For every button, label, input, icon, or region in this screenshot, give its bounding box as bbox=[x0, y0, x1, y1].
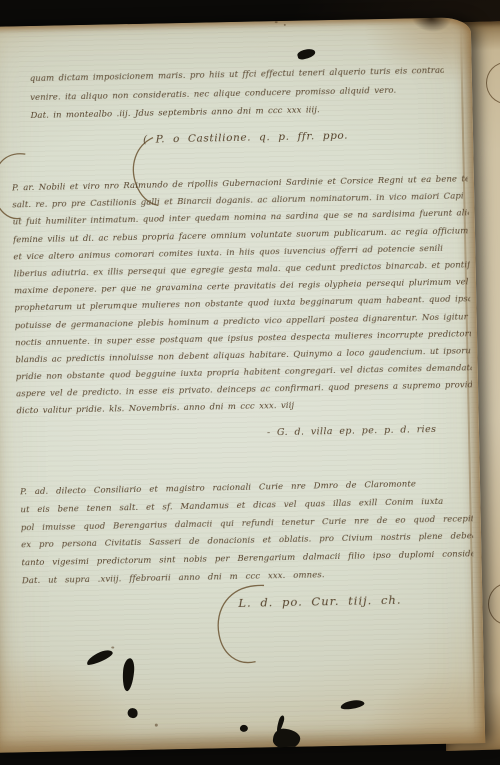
tailed-blot-icon bbox=[272, 727, 301, 750]
letter-2-text: P. ar. Nobili et viro nro Raimundo de ri… bbox=[12, 171, 473, 421]
ink-speck bbox=[275, 21, 278, 23]
letter-3-text: P. ad. dilecto Consiliario et magistro r… bbox=[20, 475, 474, 591]
dash-blot-icon bbox=[340, 699, 365, 711]
ink-speck bbox=[284, 24, 286, 26]
top-ink-smudge-icon bbox=[297, 47, 317, 60]
round-dot-blot-icon bbox=[127, 708, 137, 718]
teardrop-blot-icon bbox=[121, 658, 135, 692]
manuscript-photo: quam dictam imposicionem maris. pro hiis… bbox=[0, 0, 500, 765]
comma-blot-icon bbox=[85, 648, 114, 667]
page-corner-shadow bbox=[410, 17, 452, 34]
chancery-signature: L. d. po. Cur. tiij. ch. bbox=[238, 593, 408, 610]
signature-flourish-icon bbox=[212, 581, 274, 668]
letter-1-text: quam dictam imposicionem maris. pro hiis… bbox=[30, 62, 445, 126]
parchment-stain bbox=[0, 654, 138, 753]
ink-speck bbox=[155, 724, 158, 727]
small-dot-blot-icon bbox=[240, 725, 248, 732]
manuscript-page: quam dictam imposicionem maris. pro hiis… bbox=[0, 17, 485, 753]
ink-speck bbox=[111, 646, 114, 648]
parchment-stain bbox=[356, 667, 485, 753]
registration-note-2: - G. d. villa ep. pe. p. d. ries bbox=[267, 424, 457, 439]
registration-note-1: ( P. o Castilione. q. p. ffr. ppo. bbox=[143, 128, 413, 145]
